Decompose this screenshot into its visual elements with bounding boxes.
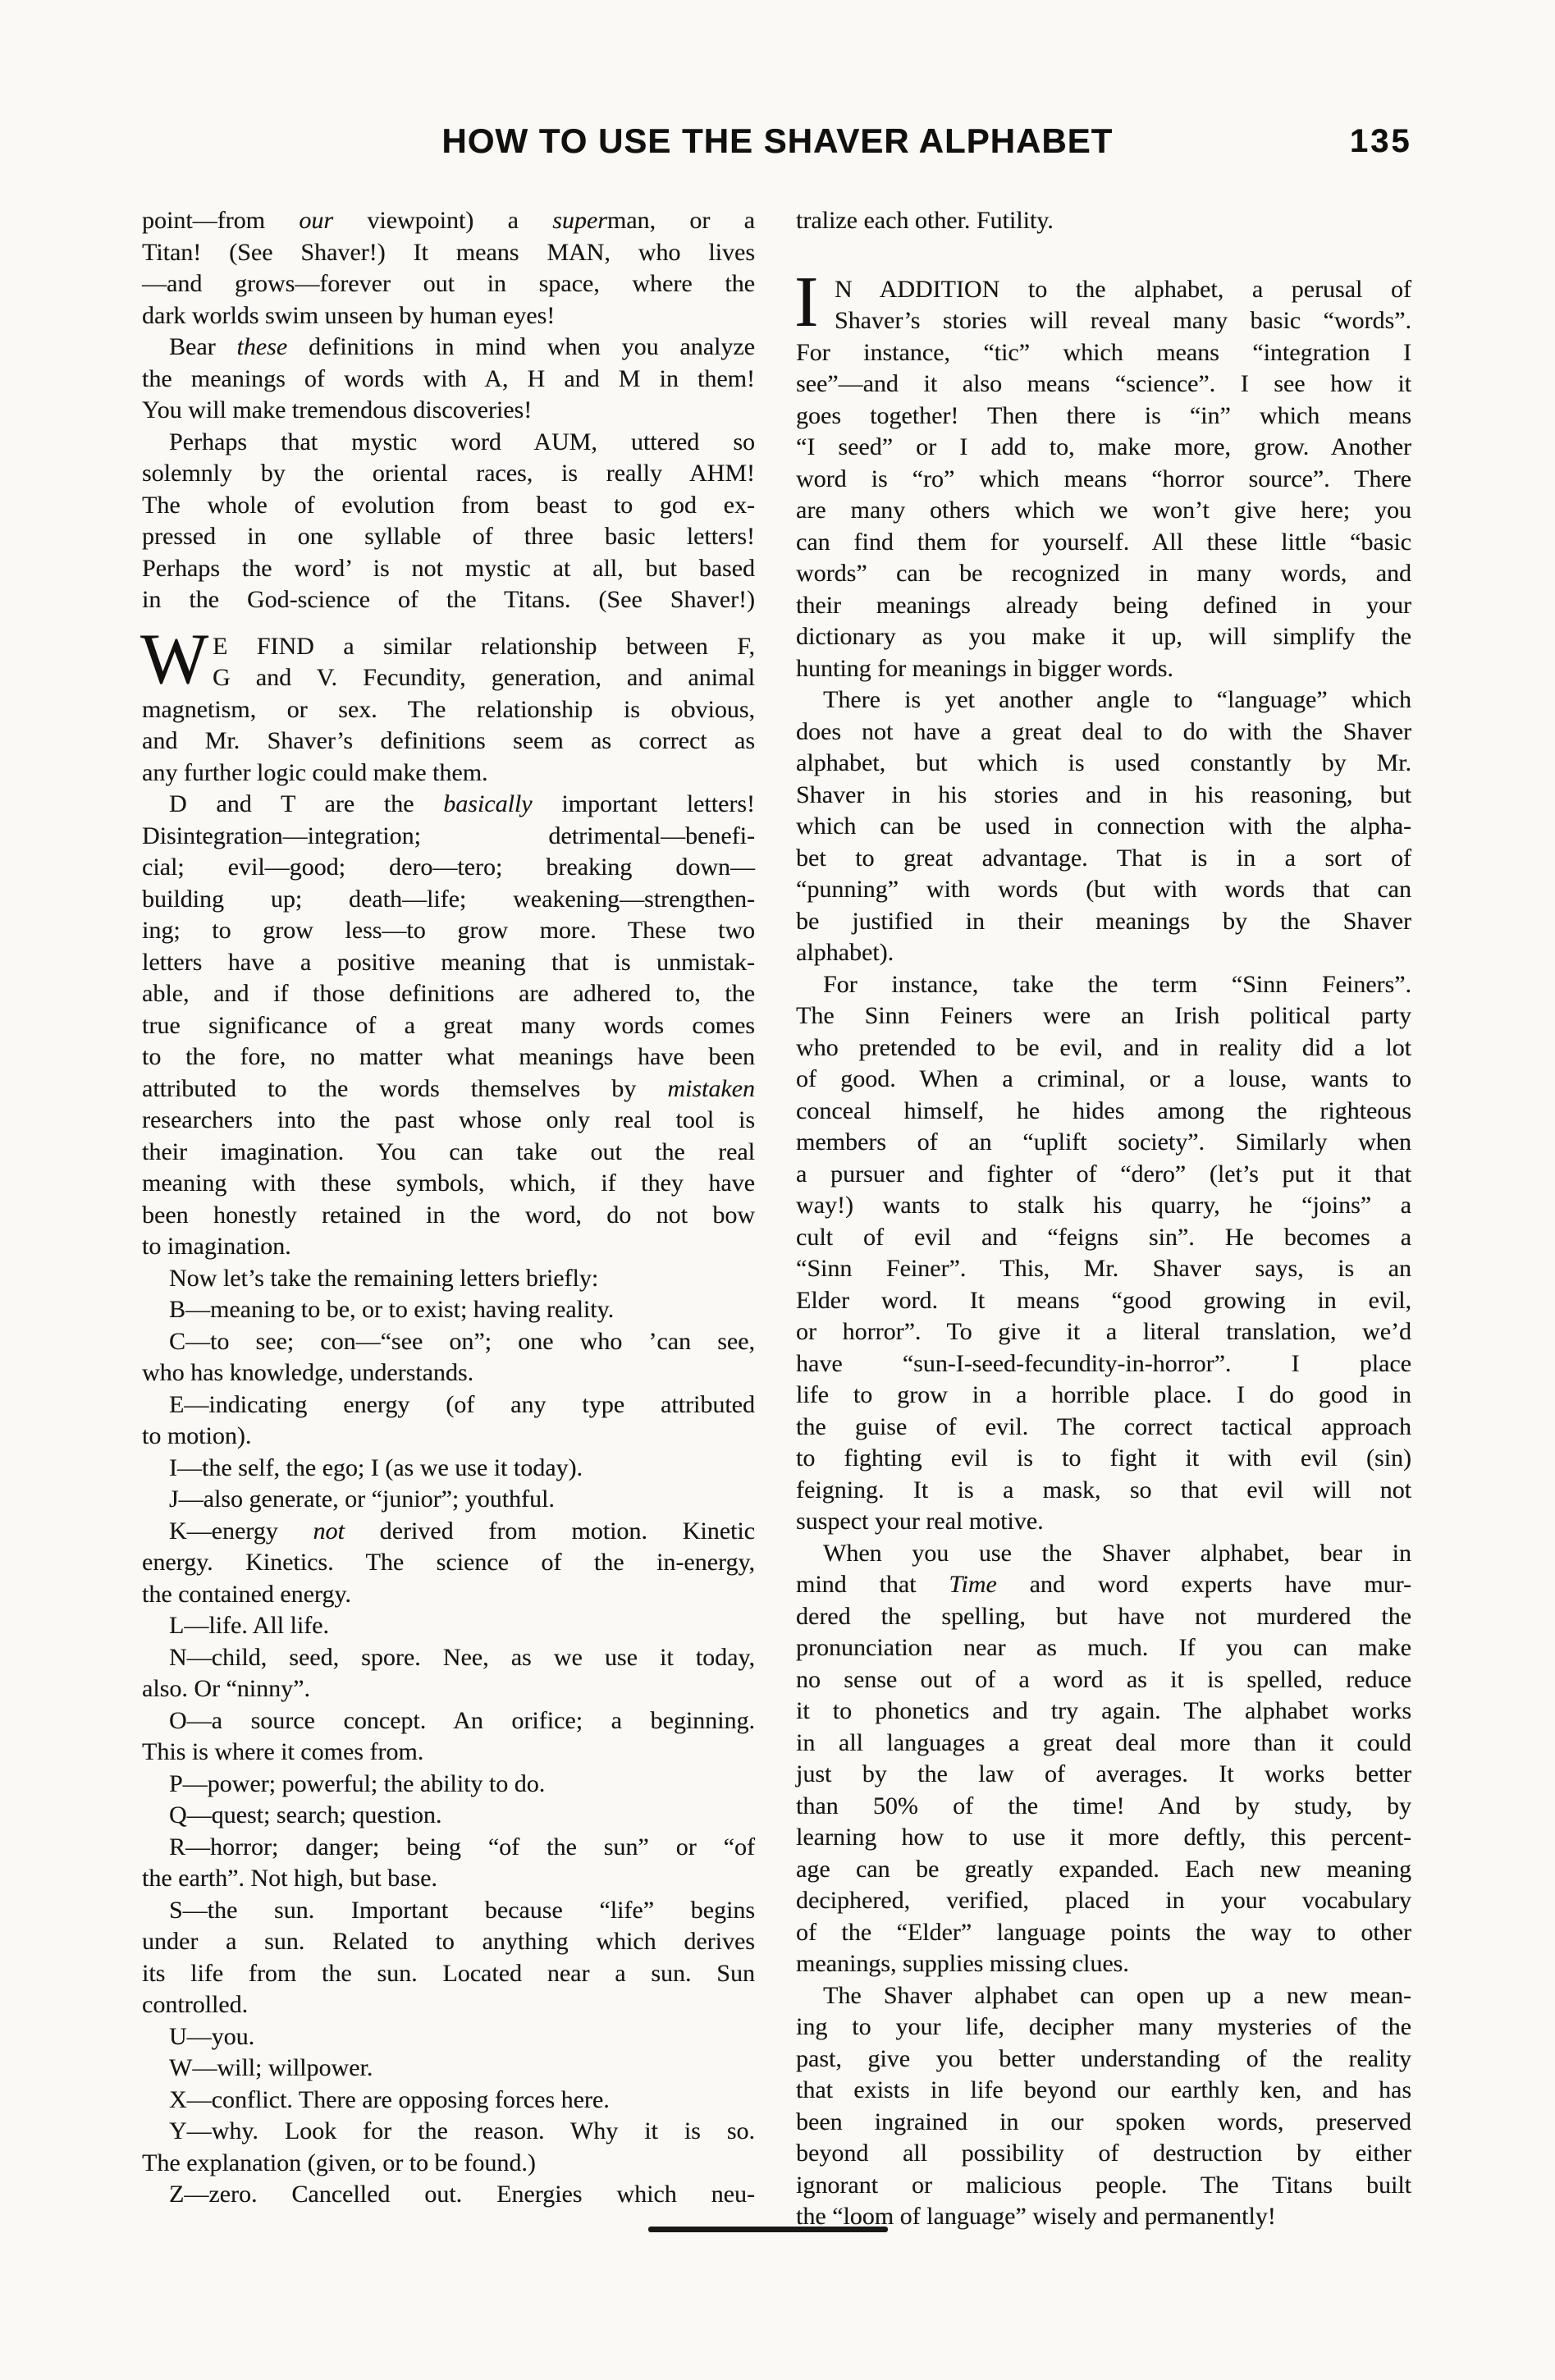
text-line: also. Or “ninny”. xyxy=(142,1673,755,1705)
text-line: suspect your real motive. xyxy=(796,1506,1411,1538)
text-line: cult of evil and “feigns sin”. He become… xyxy=(796,1222,1411,1254)
text-line: cial; evil—good; dero—tero; breaking dow… xyxy=(142,852,755,884)
text-line: in all languages a great deal more than … xyxy=(796,1728,1411,1760)
page-number: 135 xyxy=(1350,123,1412,160)
text-line: deciphered, verified, placed in your voc… xyxy=(796,1885,1411,1917)
paragraph: tralize each other. Futility. xyxy=(796,205,1411,237)
paragraph: C—to see; con—“see on”; one who ’can see… xyxy=(142,1326,755,1389)
paragraph: X—conflict. There are opposing forces he… xyxy=(142,2085,755,2117)
text-line: ignorant or malicious people. The Titans… xyxy=(796,2170,1411,2202)
text-line: life to grow in a horrible place. I do g… xyxy=(796,1380,1411,1412)
text-line: Disintegration—integration; detrimental—… xyxy=(142,821,755,853)
text-line: For instance, “tic” which means “integra… xyxy=(796,337,1411,369)
text-line: E—indicating energy (of any type attribu… xyxy=(142,1389,755,1421)
paragraph: IN ADDITION to the alphabet, a perusal o… xyxy=(796,274,1411,685)
text-line: R—horror; danger; being “of the sun” or … xyxy=(142,1832,755,1864)
text-line: dered the spelling, but have not murdere… xyxy=(796,1601,1411,1633)
text-line: “I seed” or I add to, make more, grow. A… xyxy=(796,432,1411,464)
text-line: U—you. xyxy=(142,2021,755,2053)
text-line: members of an “uplift society”. Similarl… xyxy=(796,1127,1411,1159)
paragraph: Z—zero. Cancelled out. Energies which ne… xyxy=(142,2179,755,2211)
text-line: the contained energy. xyxy=(142,1579,755,1611)
text-line: its life from the sun. Located near a su… xyxy=(142,1958,755,1990)
text-line: ing to your life, decipher many mysterie… xyxy=(796,2012,1411,2044)
paragraph: Now let’s take the remaining letters bri… xyxy=(142,1263,755,1295)
paragraph: For instance, take the term “Sinn Feiner… xyxy=(796,969,1411,1538)
text-line: bet to great advantage. That is in a sor… xyxy=(796,843,1411,875)
text-line: The explanation (given, or to be found.) xyxy=(142,2148,755,2180)
text-line: Y—why. Look for the reason. Why it is so… xyxy=(142,2116,755,2148)
paragraph: O—a source concept. An orifice; a beginn… xyxy=(142,1705,755,1769)
text-line: their imagination. You can take out the … xyxy=(142,1137,755,1169)
text-line: to fighting evil is to fight it with evi… xyxy=(796,1443,1411,1475)
magazine-page: HOW TO USE THE SHAVER ALPHABET 135 point… xyxy=(0,0,1555,2380)
text-line: X—conflict. There are opposing forces he… xyxy=(142,2085,755,2117)
text-line: D and T are the basically important lett… xyxy=(142,789,755,821)
text-line: The Sinn Feiners were an Irish political… xyxy=(796,1000,1411,1032)
paragraph: WE FIND a similar relationship between F… xyxy=(142,631,755,790)
text-line: can find them for yourself. All these li… xyxy=(796,527,1411,559)
text-line: G and V. Fecundity, generation, and anim… xyxy=(142,662,755,694)
text-line: a pursuer and fighter of “dero” (let’s p… xyxy=(796,1159,1411,1191)
text-line: pronunciation near as much. If you can m… xyxy=(796,1632,1411,1664)
text-line: way!) wants to stalk his quarry, he “joi… xyxy=(796,1190,1411,1222)
paragraph: I—the self, the ego; I (as we use it tod… xyxy=(142,1453,755,1485)
text-line: You will make tremendous discoveries! xyxy=(142,395,755,427)
text-line: just by the law of averages. It works be… xyxy=(796,1759,1411,1791)
paragraph: R—horror; danger; being “of the sun” or … xyxy=(142,1832,755,1895)
text-line: attributed to the words themselves by mi… xyxy=(142,1073,755,1105)
paragraph: The Shaver alphabet can open up a new me… xyxy=(796,1980,1411,2233)
text-line: ing; to grow less—to grow more. These tw… xyxy=(142,915,755,947)
right-column: tralize each other. Futility.IN ADDITION… xyxy=(796,205,1411,2233)
paragraph: Bear these definitions in mind when you … xyxy=(142,332,755,427)
text-line: E FIND a similar relationship between F, xyxy=(142,631,755,663)
text-line: S—the sun. Important because “life” begi… xyxy=(142,1895,755,1927)
paragraph: There is yet another angle to “language”… xyxy=(796,684,1411,969)
text-line: —and grows—forever out in space, where t… xyxy=(142,268,755,300)
text-line: magnetism, or sex. The relationship is o… xyxy=(142,694,755,726)
text-line: under a sun. Related to anything which d… xyxy=(142,1926,755,1958)
text-line: true significance of a great many words … xyxy=(142,1010,755,1042)
text-line: word is “ro” which means “horror source”… xyxy=(796,464,1411,496)
text-line: that exists in life beyond our earthly k… xyxy=(796,2075,1411,2107)
text-line: J—also generate, or “junior”; youthful. xyxy=(142,1484,755,1516)
text-line: Now let’s take the remaining letters bri… xyxy=(142,1263,755,1295)
text-line: the guise of evil. The correct tactical … xyxy=(796,1412,1411,1444)
text-line: been ingrained in our spoken words, pres… xyxy=(796,2107,1411,2139)
text-line: N—child, seed, spore. Nee, as we use it … xyxy=(142,1642,755,1674)
text-line: be justified in their meanings by the Sh… xyxy=(796,906,1411,938)
paragraph: E—indicating energy (of any type attribu… xyxy=(142,1389,755,1453)
text-line: Titan! (See Shaver!) It means MAN, who l… xyxy=(142,237,755,269)
text-line: age can be greatly expanded. Each new me… xyxy=(796,1854,1411,1886)
text-line: meanings, supplies missing clues. xyxy=(796,1948,1411,1980)
paragraph: W—will; willpower. xyxy=(142,2053,755,2085)
text-line: researchers into the past whose only rea… xyxy=(142,1105,755,1137)
text-line: feigning. It is a mask, so that evil wil… xyxy=(796,1475,1411,1507)
text-line: in the God-science of the Titans. (See S… xyxy=(142,584,755,616)
text-line: and Mr. Shaver’s definitions seem as cor… xyxy=(142,725,755,757)
text-line: been honestly retained in the word, do n… xyxy=(142,1200,755,1232)
text-line: When you use the Shaver alphabet, bear i… xyxy=(796,1538,1411,1570)
text-line: the “loom of language” wisely and perman… xyxy=(796,2201,1411,2233)
text-line: O—a source concept. An orifice; a beginn… xyxy=(142,1705,755,1737)
text-line: mind that Time and word experts have mur… xyxy=(796,1569,1411,1601)
paragraph: P—power; powerful; the ability to do. xyxy=(142,1769,755,1801)
text-line: the earth”. Not high, but base. xyxy=(142,1863,755,1895)
text-line: dictionary as you make it up, will simpl… xyxy=(796,621,1411,653)
text-line: solemnly by the oriental races, is reall… xyxy=(142,458,755,490)
text-line: able, and if those definitions are adher… xyxy=(142,978,755,1010)
text-line: tralize each other. Futility. xyxy=(796,205,1411,237)
text-line: their meanings already being defined in … xyxy=(796,590,1411,622)
text-line: words” can be recognized in many words, … xyxy=(796,558,1411,590)
text-line: W—will; willpower. xyxy=(142,2053,755,2085)
paragraph: point—from our viewpoint) a superman, or… xyxy=(142,205,755,332)
drop-cap-letter: I xyxy=(794,267,818,339)
paragraph: D and T are the basically important lett… xyxy=(142,789,755,1263)
text-line: past, give you better understanding of t… xyxy=(796,2044,1411,2076)
text-line: no sense out of a word as it is spelled,… xyxy=(796,1664,1411,1696)
text-line: any further logic could make them. xyxy=(142,757,755,790)
text-line: energy. Kinetics. The science of the in-… xyxy=(142,1547,755,1579)
text-line: B—meaning to be, or to exist; having rea… xyxy=(142,1294,755,1326)
text-line: point—from our viewpoint) a superman, or… xyxy=(142,205,755,237)
text-line: to imagination. xyxy=(142,1231,755,1263)
paragraph: J—also generate, or “junior”; youthful. xyxy=(142,1484,755,1516)
text-line: Shaver’s stories will reveal many basic … xyxy=(796,305,1411,337)
text-line: Bear these definitions in mind when you … xyxy=(142,332,755,364)
text-line: Perhaps that mystic word AUM, uttered so xyxy=(142,427,755,459)
text-line: “punning” with words (but with words tha… xyxy=(796,874,1411,906)
text-line: N ADDITION to the alphabet, a perusal of xyxy=(796,274,1411,306)
text-line: building up; death—life; weakening—stren… xyxy=(142,884,755,916)
paragraph: B—meaning to be, or to exist; having rea… xyxy=(142,1294,755,1326)
paragraph: Y—why. Look for the reason. Why it is so… xyxy=(142,2116,755,2179)
text-line: Shaver in his stories and in his reasoni… xyxy=(796,780,1411,812)
text-line: dark worlds swim unseen by human eyes! xyxy=(142,300,755,332)
text-line: to the fore, no matter what meanings hav… xyxy=(142,1041,755,1073)
paragraph: L—life. All life. xyxy=(142,1610,755,1642)
text-line: controlled. xyxy=(142,1989,755,2021)
text-line: are many others which we won’t give here… xyxy=(796,495,1411,527)
page-title: HOW TO USE THE SHAVER ALPHABET xyxy=(0,121,1555,161)
end-of-article-rule xyxy=(648,2227,888,2232)
paragraph: K—energy not derived from motion. Kineti… xyxy=(142,1516,755,1611)
text-line: The whole of evolution from beast to god… xyxy=(142,490,755,522)
text-line: conceal himself, he hides among the righ… xyxy=(796,1096,1411,1128)
text-line: meaning with these symbols, which, if th… xyxy=(142,1168,755,1200)
text-line: which can be used in connection with the… xyxy=(796,811,1411,843)
paragraph: S—the sun. Important because “life” begi… xyxy=(142,1895,755,2021)
paragraph: Perhaps that mystic word AUM, uttered so… xyxy=(142,427,755,616)
text-line: C—to see; con—“see on”; one who ’can see… xyxy=(142,1326,755,1358)
drop-cap-letter: W xyxy=(140,624,208,696)
text-line: hunting for meanings in bigger words. xyxy=(796,653,1411,685)
text-line: or horror”. To give it a literal transla… xyxy=(796,1316,1411,1348)
paragraph: When you use the Shaver alphabet, bear i… xyxy=(796,1538,1411,1980)
text-line: This is where it comes from. xyxy=(142,1737,755,1769)
text-line: does not have a great deal to do with th… xyxy=(796,716,1411,748)
text-line: who has knowledge, understands. xyxy=(142,1357,755,1389)
text-line: P—power; powerful; the ability to do. xyxy=(142,1769,755,1801)
text-line: have “sun-I-seed-fecundity-in-horror”. I… xyxy=(796,1348,1411,1380)
text-line: of the “Elder” language points the way t… xyxy=(796,1917,1411,1949)
text-line: “Sinn Feiner”. This, Mr. Shaver says, is… xyxy=(796,1253,1411,1285)
text-line: of good. When a criminal, or a louse, wa… xyxy=(796,1064,1411,1096)
paragraph: U—you. xyxy=(142,2021,755,2053)
text-line: The Shaver alphabet can open up a new me… xyxy=(796,1980,1411,2012)
paragraph: Q—quest; search; question. xyxy=(142,1800,755,1832)
text-line: Perhaps the word’ is not mystic at all, … xyxy=(142,553,755,585)
text-line: alphabet, but which is used constantly b… xyxy=(796,748,1411,780)
text-line: beyond all possibility of destruction by… xyxy=(796,2138,1411,2170)
paragraph: N—child, seed, spore. Nee, as we use it … xyxy=(142,1642,755,1705)
text-line: Elder word. It means “good growing in ev… xyxy=(796,1285,1411,1317)
text-line: than 50% of the time! And by study, by xyxy=(796,1791,1411,1823)
text-line: For instance, take the term “Sinn Feiner… xyxy=(796,969,1411,1001)
text-line: to motion). xyxy=(142,1421,755,1453)
left-column: point—from our viewpoint) a superman, or… xyxy=(142,205,755,2211)
text-line: see”—and it also means “science”. I see … xyxy=(796,368,1411,400)
text-line: Z—zero. Cancelled out. Energies which ne… xyxy=(142,2179,755,2211)
text-line: I—the self, the ego; I (as we use it tod… xyxy=(142,1453,755,1485)
text-line: pressed in one syllable of three basic l… xyxy=(142,521,755,553)
text-line: There is yet another angle to “language”… xyxy=(796,684,1411,716)
text-line: alphabet). xyxy=(796,937,1411,969)
text-line: Q—quest; search; question. xyxy=(142,1800,755,1832)
text-line: goes together! Then there is “in” which … xyxy=(796,400,1411,433)
text-line: K—energy not derived from motion. Kineti… xyxy=(142,1516,755,1548)
text-line: letters have a positive meaning that is … xyxy=(142,947,755,979)
text-line: learning how to use it more deftly, this… xyxy=(796,1822,1411,1854)
text-line: L—life. All life. xyxy=(142,1610,755,1642)
text-line: it to phonetics and try again. The alpha… xyxy=(796,1696,1411,1728)
text-line: who pretended to be evil, and in reality… xyxy=(796,1032,1411,1064)
text-line: the meanings of words with A, H and M in… xyxy=(142,364,755,396)
